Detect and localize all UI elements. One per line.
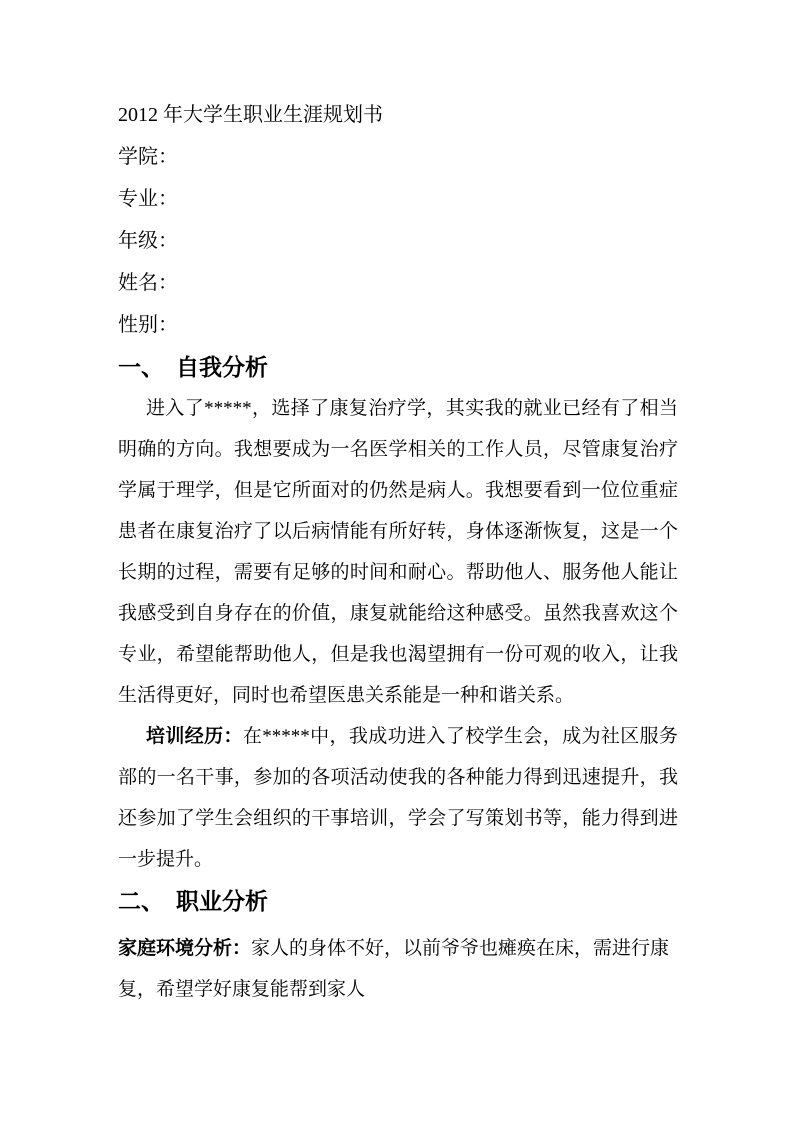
text-run: 进入了*****，选择了康复治疗学，其实我的就业已经有了相当明确的方向。我想要成… (118, 398, 678, 706)
info-line-major: 专业： (118, 178, 678, 220)
heading-number: 二、 (118, 880, 176, 922)
info-line-grade: 年级： (118, 220, 678, 262)
info-line-name: 姓名： (118, 262, 678, 304)
info-line-gender: 性别： (118, 304, 678, 346)
paragraph-training-experience: 培训经历：在*****中，我成功进入了校学生会，成为社区服务部的一名干事，参加的… (118, 716, 678, 880)
paragraph-family-environment: 家庭环境分析：家人的身体不好，以前爷爷也瘫痪在床，需进行康复，希望学好康复能帮到… (118, 928, 678, 1010)
paragraph-self-analysis: 进入了*****，选择了康复治疗学，其实我的就业已经有了相当明确的方向。我想要成… (118, 388, 678, 716)
section-heading-career-analysis: 二、职业分析 (118, 880, 678, 922)
heading-number: 一、 (118, 346, 176, 388)
section-heading-self-analysis: 一、自我分析 (118, 346, 678, 388)
bold-run: 培训经历： (146, 726, 243, 747)
heading-text: 职业分析 (176, 888, 268, 914)
heading-text: 自我分析 (176, 354, 268, 380)
info-line-college: 学院： (118, 136, 678, 178)
bold-run: 家庭环境分析： (118, 938, 251, 959)
document-page: 2012 年大学生职业生涯规划书 学院： 专业： 年级： 姓名： 性别： 一、自… (0, 0, 793, 1122)
text-run: 在*****中，我成功进入了校学生会，成为社区服务部的一名干事，参加的各项活动使… (118, 726, 678, 870)
document-title: 2012 年大学生职业生涯规划书 (118, 94, 678, 136)
